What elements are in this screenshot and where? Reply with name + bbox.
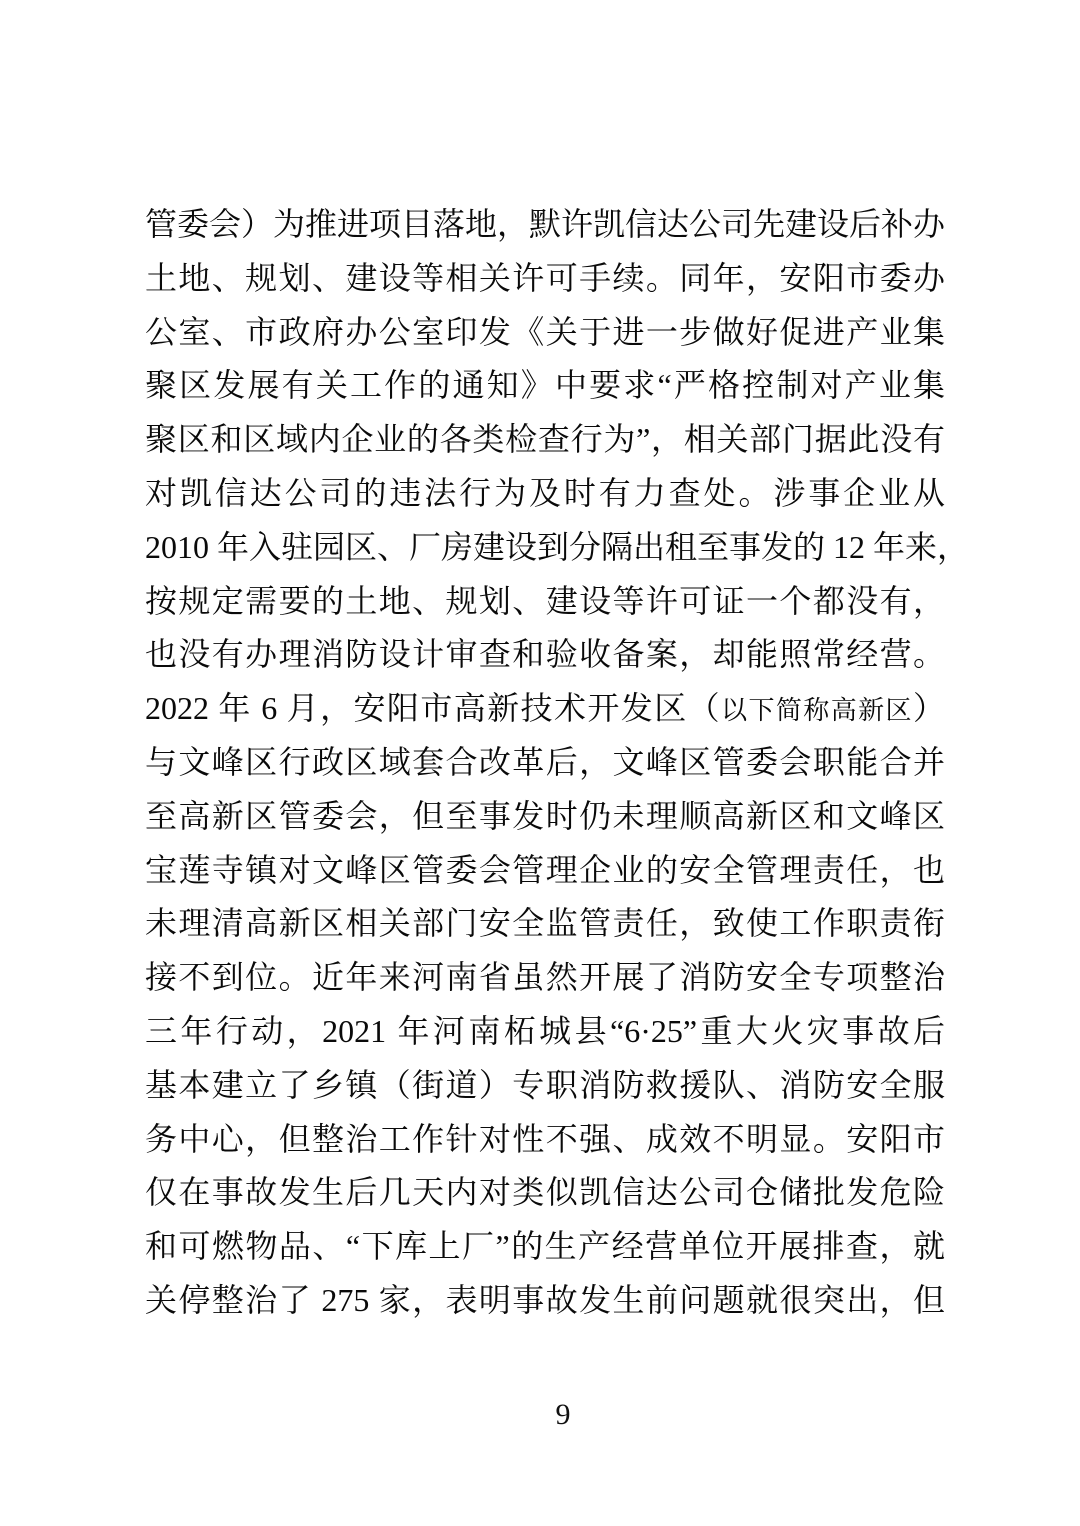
text-line: 至高新区管委会，但至事发时仍未理顺高新区和文峰区 xyxy=(145,790,945,844)
text-segment: 聚区和区域内企业的各类检查行为”，相关部门据此没有 xyxy=(145,421,945,457)
text-line: 也没有办理消防设计审查和验收备案，却能照常经营。 xyxy=(145,628,945,682)
text-segment: 仅在事故发生后几天内对类似凯信达公司仓储批发危险 xyxy=(145,1174,945,1210)
text-line: 聚区和区域内企业的各类检查行为”，相关部门据此没有 xyxy=(145,413,945,467)
text-line: 聚区发展有关工作的通知》中要求“严格控制对产业集 xyxy=(145,359,945,413)
text-segment: 基本建立了乡镇（街道）专职消防救援队、消防安全服 xyxy=(145,1067,945,1103)
text-segment: 2010 年入驻园区、厂房建设到分隔出租至事发的 12 年来， xyxy=(145,529,969,565)
text-segment: 管委会）为推进项目落地，默许凯信达公司先建设后补办 xyxy=(145,206,945,242)
text-line: 未理清高新区相关部门安全监管责任，致使工作职责衔 xyxy=(145,897,945,951)
text-line: 与文峰区行政区域套合改革后，文峰区管委会职能合并 xyxy=(145,736,945,790)
text-segment: 公室、市政府办公室印发《关于进一步做好促进产业集 xyxy=(145,314,945,350)
text-segment: 宝莲寺镇对文峰区管委会管理企业的安全管理责任，也 xyxy=(145,852,945,888)
text-line: 三年行动，2021 年河南柘城县“6·25”重大火灾事故后 xyxy=(145,1005,945,1059)
text-segment: 未理清高新区相关部门安全监管责任，致使工作职责衔 xyxy=(145,905,945,941)
text-line: 2010 年入驻园区、厂房建设到分隔出租至事发的 12 年来， xyxy=(145,521,945,575)
text-segment: 土地、规划、建设等相关许可手续。同年，安阳市委办 xyxy=(145,260,945,296)
text-line: 2022 年 6 月，安阳市高新技术开发区（以下简称高新区） xyxy=(145,682,945,736)
text-segment: 三年行动，2021 年河南柘城县“6·25”重大火灾事故后 xyxy=(145,1013,945,1049)
text-segment: 2022 年 6 月，安阳市高新技术开发区（ xyxy=(145,690,721,726)
text-segment: 关停整治了 275 家，表明事故发生前问题就很突出，但 xyxy=(145,1282,945,1318)
text-line: 按规定需要的土地、规划、建设等许可证一个都没有， xyxy=(145,575,945,629)
text-segment: 对凯信达公司的违法行为及时有力查处。涉事企业从 xyxy=(145,475,945,511)
parenthetical-note: 以下简称高新区 xyxy=(721,696,913,725)
text-line: 公室、市政府办公室印发《关于进一步做好促进产业集 xyxy=(145,306,945,360)
text-segment: ） xyxy=(913,690,945,726)
document-page: 管委会）为推进项目落地，默许凯信达公司先建设后补办土地、规划、建设等相关许可手续… xyxy=(0,0,1080,1526)
text-segment: 至高新区管委会，但至事发时仍未理顺高新区和文峰区 xyxy=(145,798,945,834)
text-line: 对凯信达公司的违法行为及时有力查处。涉事企业从 xyxy=(145,467,945,521)
text-line: 关停整治了 275 家，表明事故发生前问题就很突出，但 xyxy=(145,1274,945,1328)
text-segment: 务中心，但整治工作针对性不强、成效不明显。安阳市 xyxy=(145,1121,945,1157)
text-line: 宝莲寺镇对文峰区管委会管理企业的安全管理责任，也 xyxy=(145,844,945,898)
text-segment: 与文峰区行政区域套合改革后，文峰区管委会职能合并 xyxy=(145,744,945,780)
text-segment: 接不到位。近年来河南省虽然开展了消防安全专项整治 xyxy=(145,959,945,995)
text-segment: 和可燃物品、“下库上厂”的生产经营单位开展排查，就 xyxy=(145,1228,945,1264)
page-number: 9 xyxy=(556,1398,571,1431)
text-line: 和可燃物品、“下库上厂”的生产经营单位开展排查，就 xyxy=(145,1220,945,1274)
text-block: 管委会）为推进项目落地，默许凯信达公司先建设后补办土地、规划、建设等相关许可手续… xyxy=(145,198,945,1328)
page-footer: 9 xyxy=(145,1395,981,1435)
text-line: 基本建立了乡镇（街道）专职消防救援队、消防安全服 xyxy=(145,1059,945,1113)
text-segment: 聚区发展有关工作的通知》中要求“严格控制对产业集 xyxy=(145,367,945,403)
text-line: 务中心，但整治工作针对性不强、成效不明显。安阳市 xyxy=(145,1113,945,1167)
text-line: 接不到位。近年来河南省虽然开展了消防安全专项整治 xyxy=(145,951,945,1005)
text-line: 管委会）为推进项目落地，默许凯信达公司先建设后补办 xyxy=(145,198,945,252)
text-line: 土地、规划、建设等相关许可手续。同年，安阳市委办 xyxy=(145,252,945,306)
text-segment: 按规定需要的土地、规划、建设等许可证一个都没有， xyxy=(145,583,945,619)
text-line: 仅在事故发生后几天内对类似凯信达公司仓储批发危险 xyxy=(145,1166,945,1220)
text-segment: 也没有办理消防设计审查和验收备案，却能照常经营。 xyxy=(145,636,945,672)
